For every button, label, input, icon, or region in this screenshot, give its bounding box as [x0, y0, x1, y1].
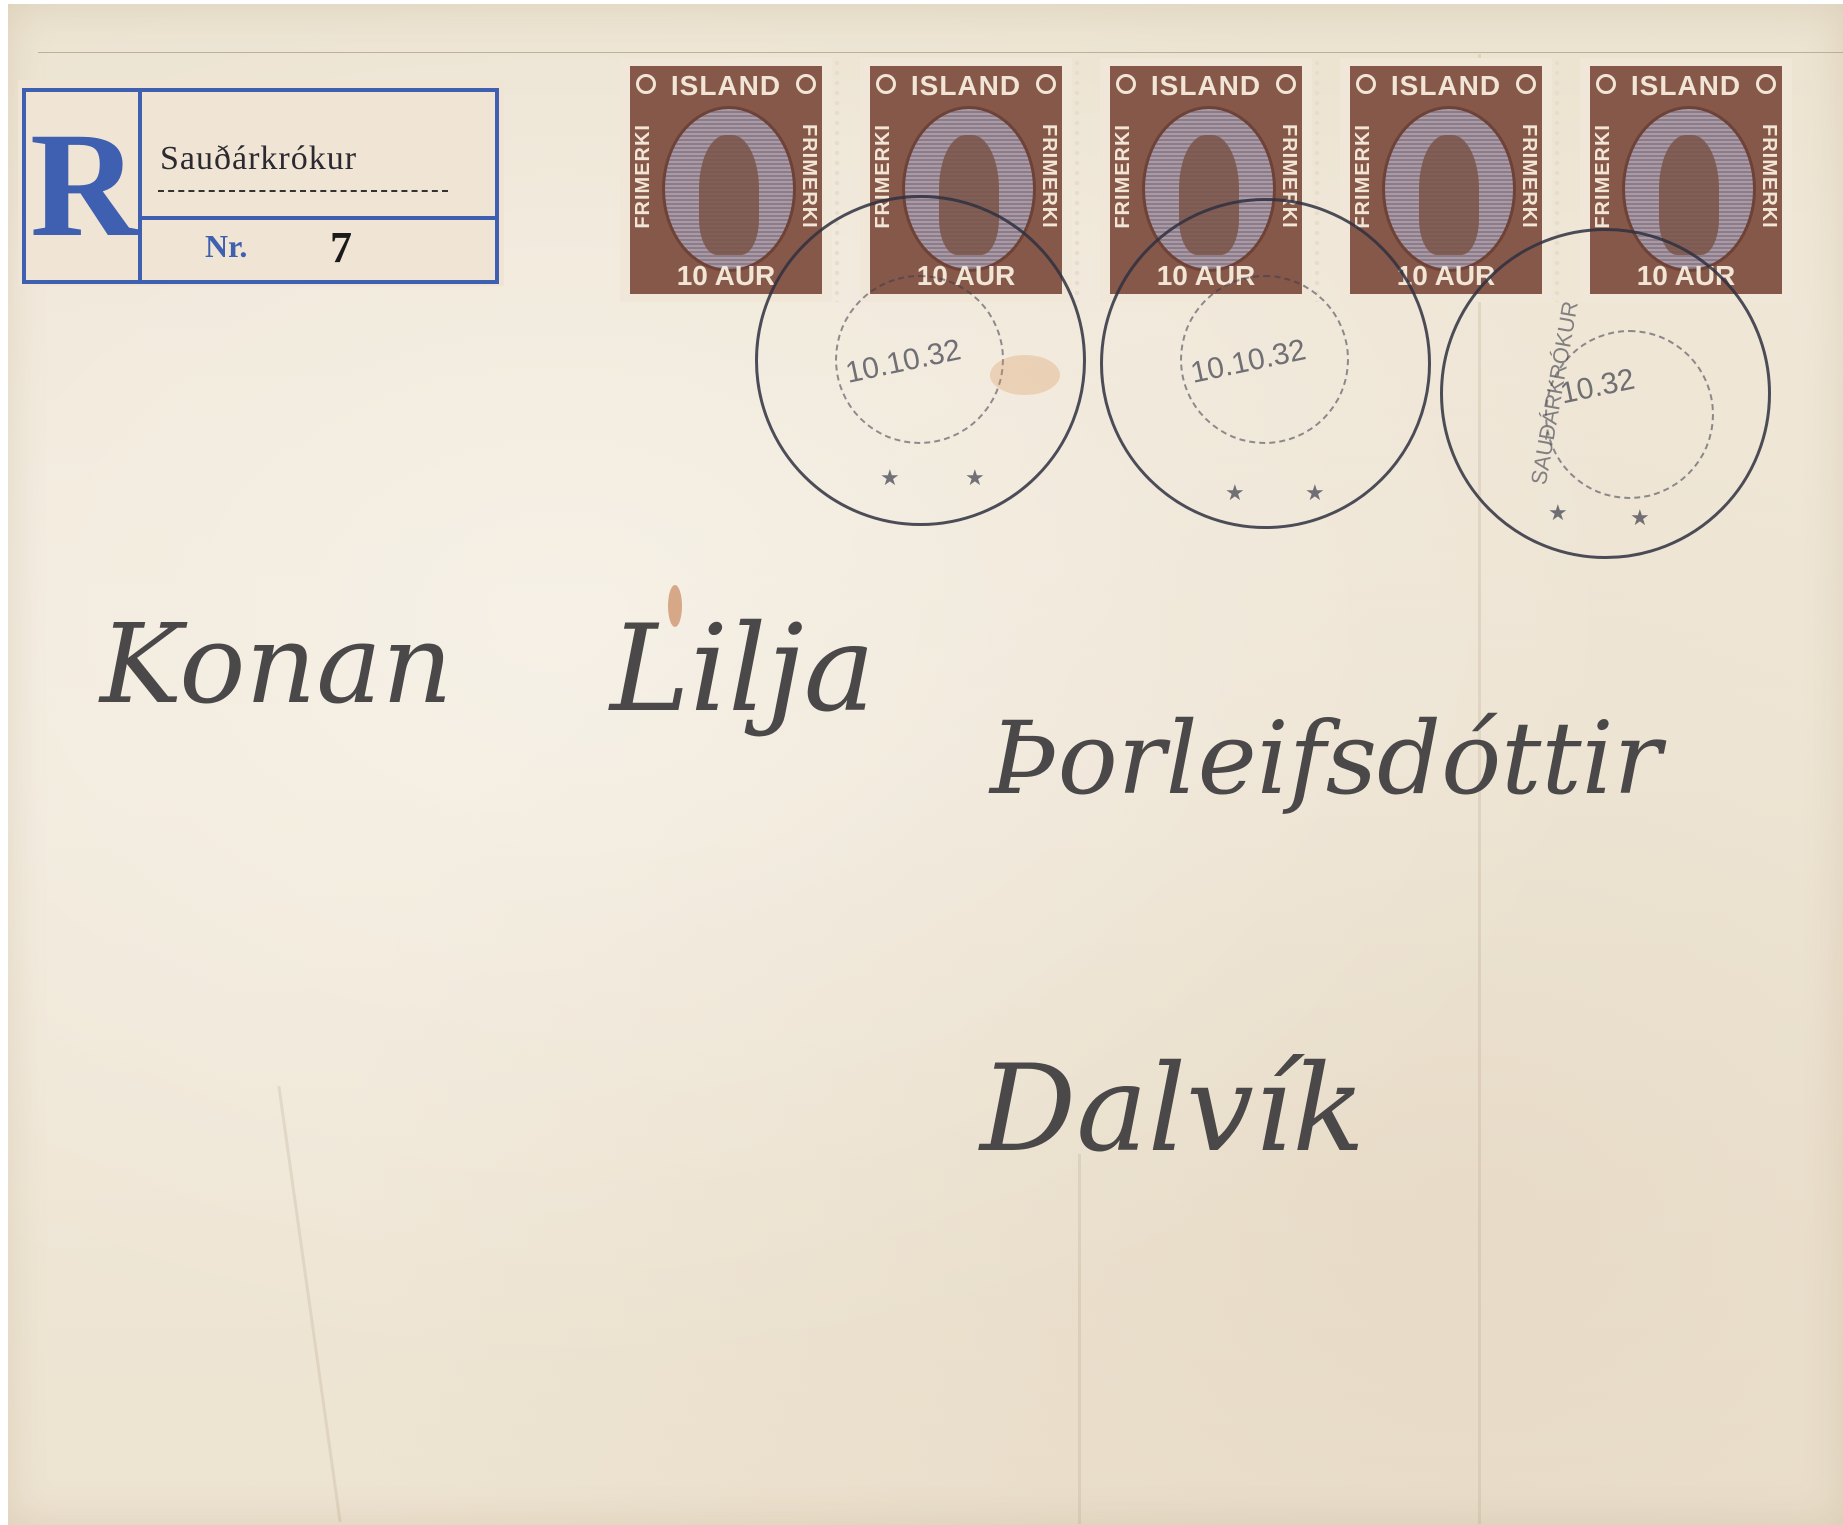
- paper-crease: [277, 1086, 341, 1522]
- stamp-side-text: FRIMERKI: [1352, 124, 1375, 229]
- flap-edge: [38, 52, 1843, 53]
- stamp-side-text: FRIMERKI: [1517, 124, 1540, 229]
- address-place: Dalvík: [980, 1040, 1365, 1179]
- registration-number-label: Nr.: [205, 228, 247, 265]
- perforation: [1074, 58, 1080, 302]
- registration-letter: R: [30, 100, 138, 270]
- stamp-side-text: FRIMERKI: [632, 124, 655, 229]
- rust-stain: [990, 355, 1060, 395]
- registration-office-frame: [158, 190, 448, 192]
- stamp-side-text: FRIMERKI: [1757, 124, 1780, 229]
- stamp-portrait-oval: [1382, 106, 1516, 272]
- stamp-country: ISLAND: [1590, 70, 1782, 102]
- stamp-portrait-oval: [662, 106, 796, 272]
- star-icon: ★: [1225, 480, 1245, 506]
- stamp-country: ISLAND: [1110, 70, 1302, 102]
- stamp-side-text: FRIMERKI: [1112, 124, 1135, 229]
- address-last-name: Þorleifsdóttir: [990, 700, 1661, 817]
- star-icon: ★: [1548, 500, 1568, 526]
- star-icon: ★: [1305, 480, 1325, 506]
- star-icon: ★: [965, 465, 985, 491]
- stamp-country: ISLAND: [1350, 70, 1542, 102]
- address-first-name: Lilja: [610, 600, 875, 739]
- king-portrait: [1419, 135, 1479, 255]
- registration-divider: [138, 216, 495, 220]
- registration-number: 7: [330, 222, 352, 273]
- star-icon: ★: [1630, 505, 1650, 531]
- registration-office: Sauðárkrókur: [160, 140, 357, 178]
- paper-crease: [1078, 1154, 1081, 1524]
- star-icon: ★: [880, 465, 900, 491]
- stamp-side-text: FRIMERKI: [797, 124, 820, 229]
- king-portrait: [699, 135, 759, 255]
- stamp-side-text: FRIMERKI: [1592, 124, 1615, 229]
- stamp-side-text: FRIMERKI: [1037, 124, 1060, 229]
- stamp-country: ISLAND: [630, 70, 822, 102]
- stamp-country: ISLAND: [870, 70, 1062, 102]
- king-portrait: [1659, 135, 1719, 255]
- address-salutation: Konan: [100, 600, 453, 728]
